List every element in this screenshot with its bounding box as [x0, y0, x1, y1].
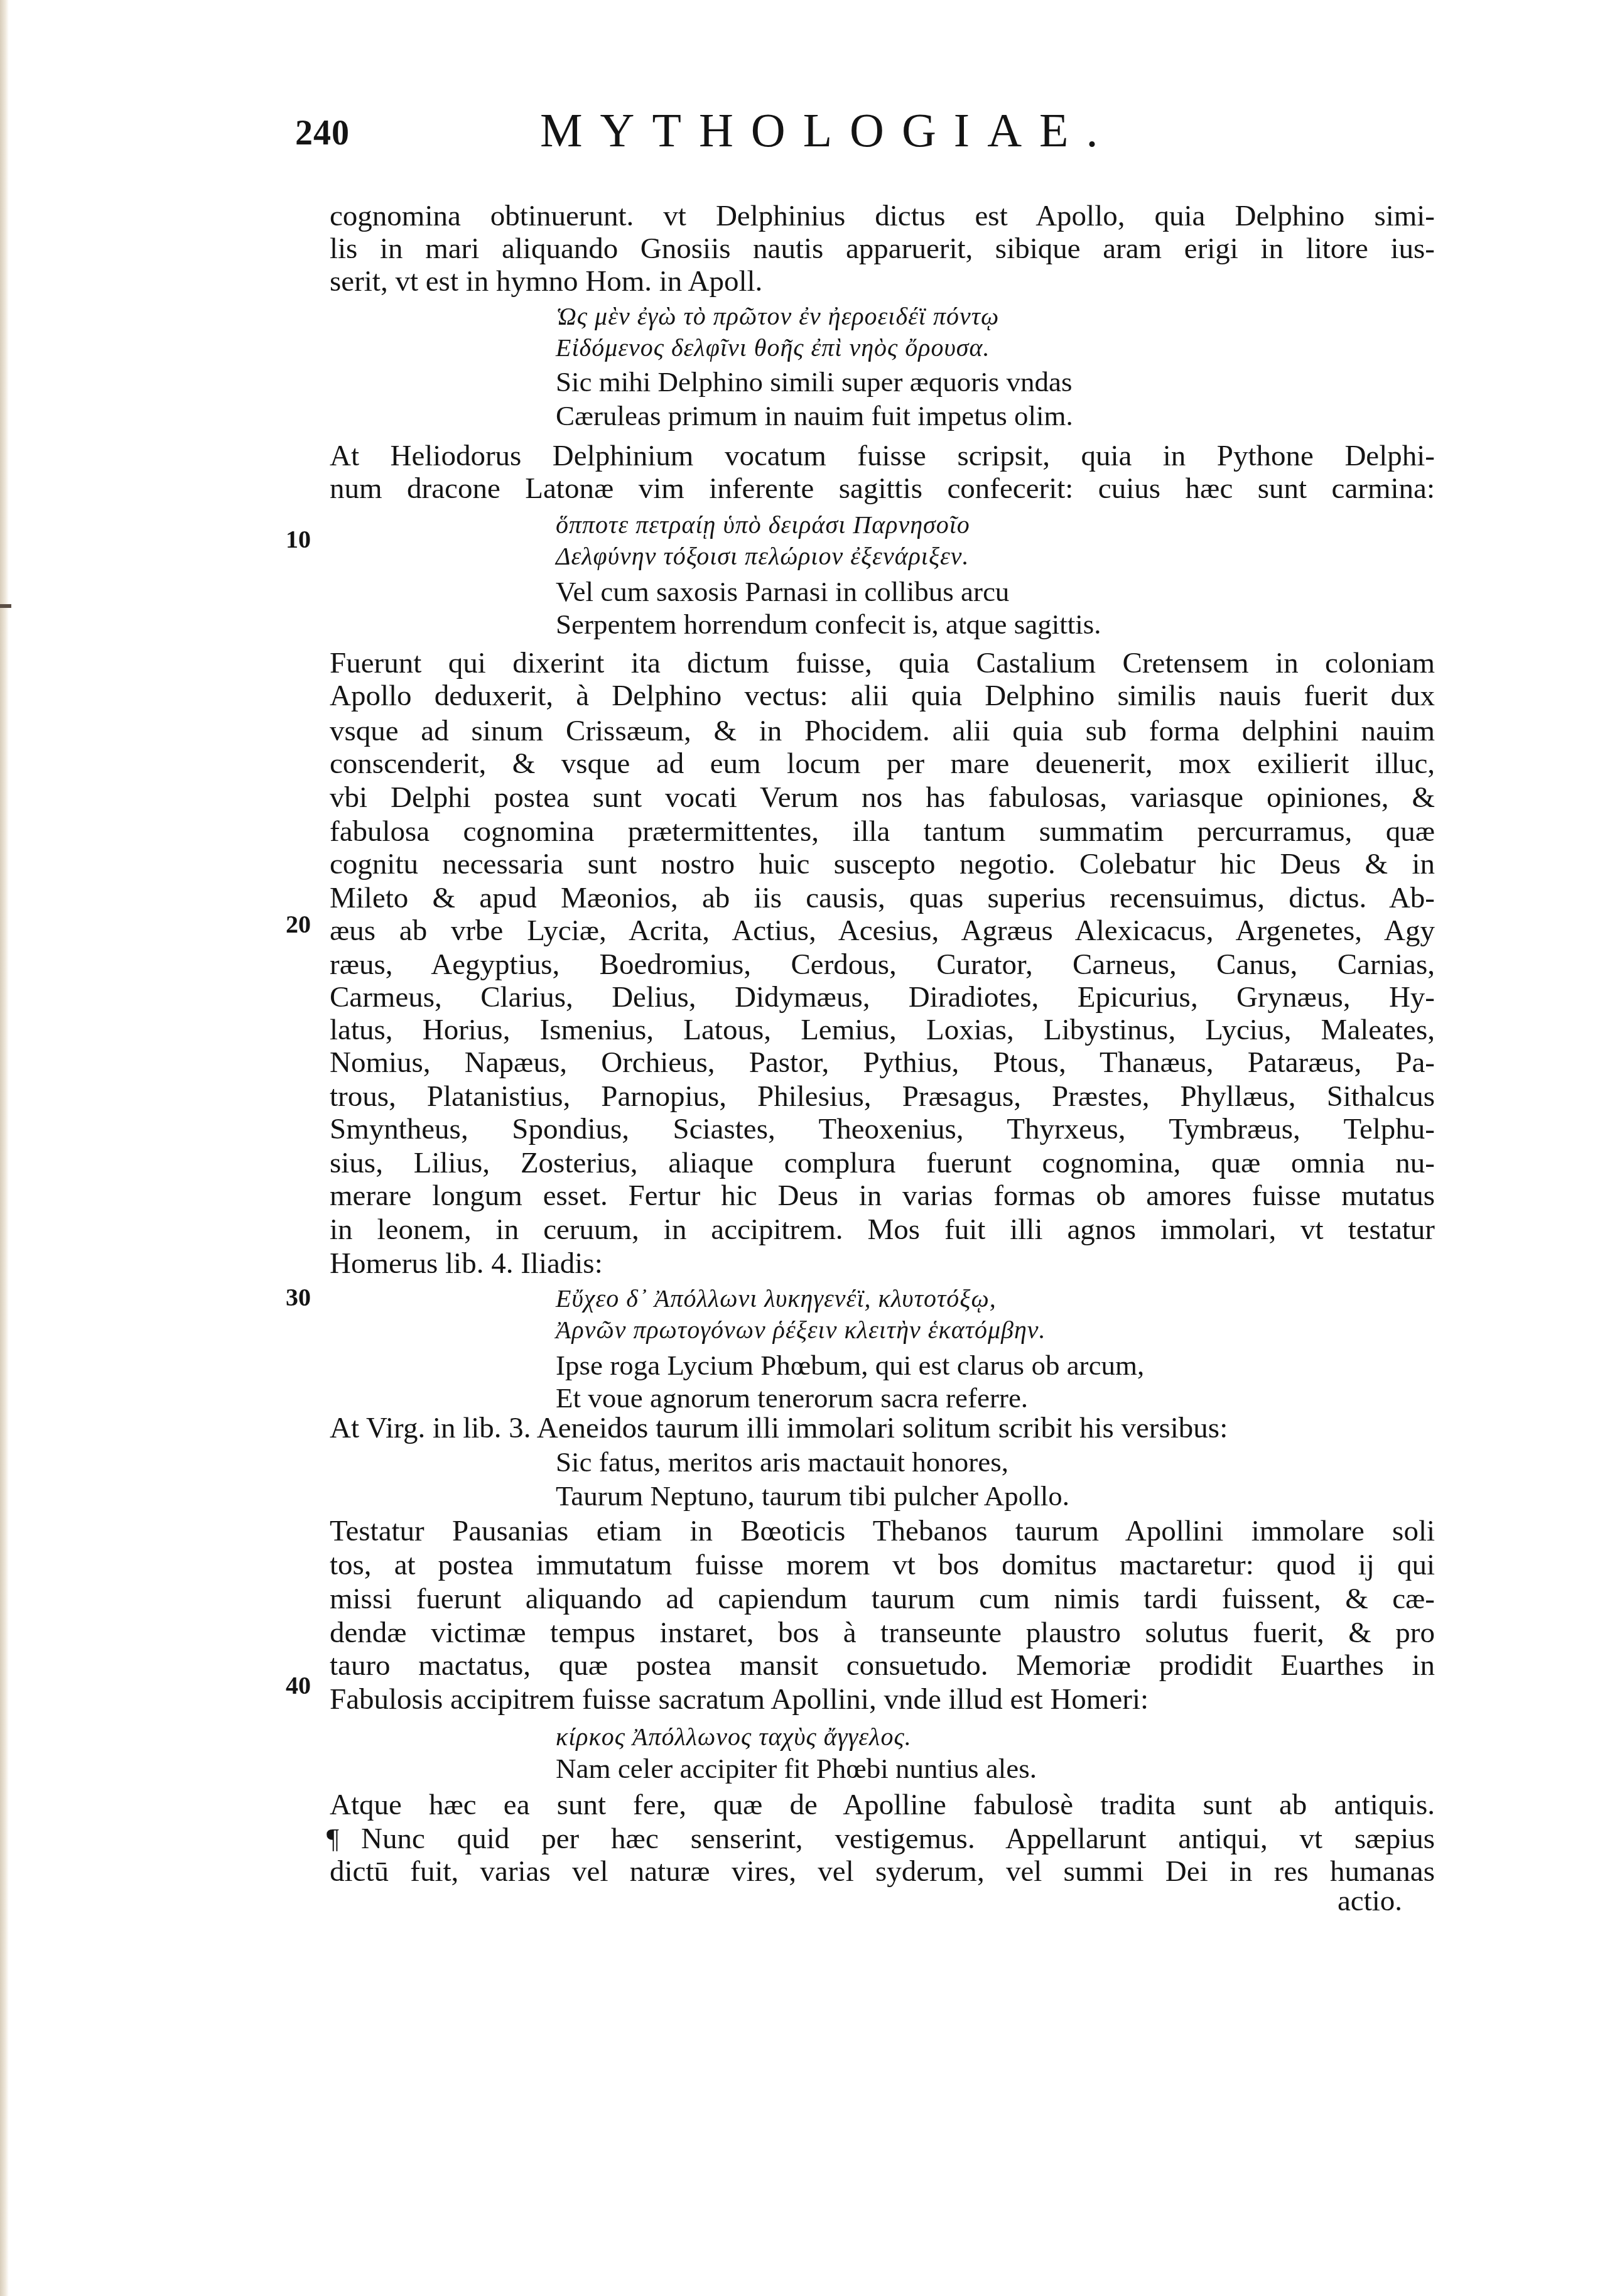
verse-line: Nam celer accipiter fit Phœbi nuntius al…: [556, 1752, 1037, 1785]
prose-line: dendæ victimæ tempus instaret, bos à tra…: [330, 1616, 1435, 1649]
prose-line: latus, Horius, Ismenius, Latous, Lemius,…: [330, 1014, 1435, 1046]
margin-line-number: 10: [286, 524, 311, 554]
greek-verse-line: κίρκος Ἀπόλλωνος ταχὺς ἄγγελος.: [556, 1721, 912, 1753]
verse-line: Sic fatus, meritos aris mactauit honores…: [556, 1446, 1008, 1478]
prose-line: sius, Lilius, Zosterius, aliaque complur…: [330, 1147, 1435, 1179]
paragraph-mark-icon: ¶: [327, 1822, 339, 1855]
prose-line: At Virg. in lib. 3. Aeneidos taurum illi…: [330, 1412, 1435, 1444]
prose-line: conscenderit, & vsque ad eum locum per m…: [330, 747, 1435, 780]
verse-line: Sic mihi Delphino simili super æquoris v…: [556, 366, 1072, 398]
greek-verse-line: Εὔχεο δ᾽ Ἀπόλλωνι λυκηγενέϊ, κλυτοτόξῳ,: [556, 1282, 997, 1315]
prose-line: lis in mari aliquando Gnosiis nautis app…: [330, 232, 1435, 265]
verse-line: Ipse roga Lycium Phœbum, qui est clarus …: [556, 1349, 1144, 1382]
margin-line-number: 20: [286, 909, 311, 939]
prose-line: Atque hæc ea sunt fere, quæ de Apolline …: [330, 1789, 1435, 1821]
prose-line: serit, vt est in hymno Hom. in Apoll.: [330, 265, 1435, 298]
prose-line: Carmeus, Clarius, Delius, Didymæus, Dira…: [330, 981, 1435, 1014]
verse-line: Et voue agnorum tenerorum sacra referre.: [556, 1382, 1028, 1414]
prose-line: Testatur Pausanias etiam in Bœoticis The…: [330, 1515, 1435, 1547]
prose-line: in leonem, in ceruum, in accipitrem. Mos…: [330, 1213, 1435, 1246]
prose-line: vbi Delphi postea sunt vocati Verum nos …: [330, 781, 1435, 814]
prose-line: cognitu necessaria sunt nostro huic susc…: [330, 848, 1435, 880]
page-edge-mark: [0, 604, 11, 608]
prose-line: dictū fuit, varias vel naturæ vires, vel…: [330, 1855, 1435, 1888]
prose-line: æus ab vrbe Lyciæ, Acrita, Actius, Acesi…: [330, 914, 1435, 947]
prose-line: At Heliodorus Delphinium vocatum fuisse …: [330, 440, 1435, 472]
greek-verse-line: ὅπποτε πετραίῃ ὑπὸ δειράσι Παρνησοῖο: [556, 509, 970, 541]
prose-line: merare longum esset. Fertur hic Deus in …: [330, 1179, 1435, 1212]
margin-line-number: 30: [286, 1282, 311, 1312]
greek-verse-line: Ἀρνῶν πρωτογόνων ῥέξειν κλειτὴν ἑκατόμβη…: [556, 1314, 1046, 1346]
verse-line: Taurum Neptuno, taurum tibi pulcher Apol…: [556, 1480, 1069, 1512]
greek-verse-line: Εἰδόμενος δελφῖνι θοῆς ἐπὶ νηὸς ὄρουσα.: [556, 332, 990, 364]
prose-line: cognomina obtinuerunt. vt Delphinius dic…: [330, 200, 1435, 232]
prose-line: Fabulosis accipitrem fuisse sacratum Apo…: [330, 1683, 1435, 1716]
prose-line: trous, Platanistius, Parnopius, Philesiu…: [330, 1080, 1435, 1113]
page-edge-strip: [0, 0, 9, 2296]
prose-line: Nunc quid per hæc senserint, vestigemus.…: [361, 1822, 1435, 1855]
page-number: 240: [295, 113, 350, 153]
prose-line: Smyntheus, Spondius, Sciastes, Theoxeniu…: [330, 1113, 1435, 1145]
running-title: MYTHOLOGIAE.: [540, 104, 1115, 158]
prose-line: Apollo deduxerit, à Delphino vectus: ali…: [330, 680, 1435, 712]
prose-line: Nomius, Napæus, Orchieus, Pastor, Pythiu…: [330, 1046, 1435, 1079]
catchword: actio.: [1338, 1884, 1402, 1918]
prose-line: vsque ad sinum Crissæum, & in Phocidem. …: [330, 715, 1435, 747]
prose-line: tos, at postea immutatum fuisse morem vt…: [330, 1549, 1435, 1581]
prose-line: Homerus lib. 4. Iliadis:: [330, 1247, 1435, 1280]
prose-line: missi fuerunt aliquando ad capiendum tau…: [330, 1583, 1435, 1615]
verse-line: Cæruleas primum in nauim fuit impetus ol…: [556, 399, 1073, 432]
prose-line: Mileto & apud Mæonios, ab iis causis, qu…: [330, 882, 1435, 914]
margin-line-number: 40: [286, 1671, 311, 1700]
greek-verse-line: Δελφύνην τόξοισι πελώριον ἐξενάριξεν.: [556, 540, 970, 573]
prose-line: ræus, Aegyptius, Boedromius, Cerdous, Cu…: [330, 948, 1435, 981]
prose-line: fabulosa cognomina prætermittentes, illa…: [330, 815, 1435, 848]
prose-line: Fuerunt qui dixerint ita dictum fuisse, …: [330, 647, 1435, 680]
verse-line: Serpentem horrendum confecit is, atque s…: [556, 608, 1101, 641]
prose-line: tauro mactatus, quæ postea mansit consue…: [330, 1649, 1435, 1682]
verse-line: Vel cum saxosis Parnasi in collibus arcu: [556, 575, 1009, 608]
greek-verse-line: Ὡς μὲν ἐγὼ τὸ πρῶτον ἐν ἠεροειδέϊ πόντῳ: [556, 300, 999, 333]
prose-line: num dracone Latonæ vim inferente sagitti…: [330, 472, 1435, 505]
